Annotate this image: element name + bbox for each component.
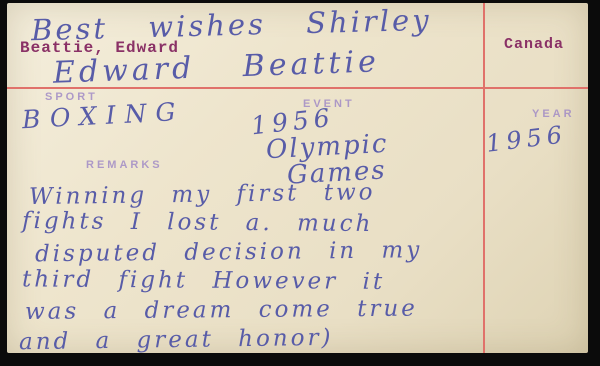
typed-country: Canada [504,37,564,52]
remarks-line: third fight However it [22,265,477,297]
sport-field-value: BOXING [21,99,185,132]
year-field-label: YEAR [532,109,575,120]
remarks-line: and a great honor) [19,322,477,353]
year-field-value: 1956 [485,122,568,156]
autograph-index-card: Best wishes Shirley Beattie, Edward Edwa… [7,3,588,353]
handwritten-signature: Edward Beattie [53,47,381,88]
photo-background: Best wishes Shirley Beattie, Edward Edwa… [0,0,600,366]
remarks-line: disputed decision in my [35,236,477,270]
remarks-field-label: REMARKS [86,160,163,171]
handwritten-remarks: Winning my first two fights I lost a. mu… [17,180,477,353]
vertical-red-rule [483,3,485,353]
remarks-line: fights I lost a. much [22,207,477,240]
